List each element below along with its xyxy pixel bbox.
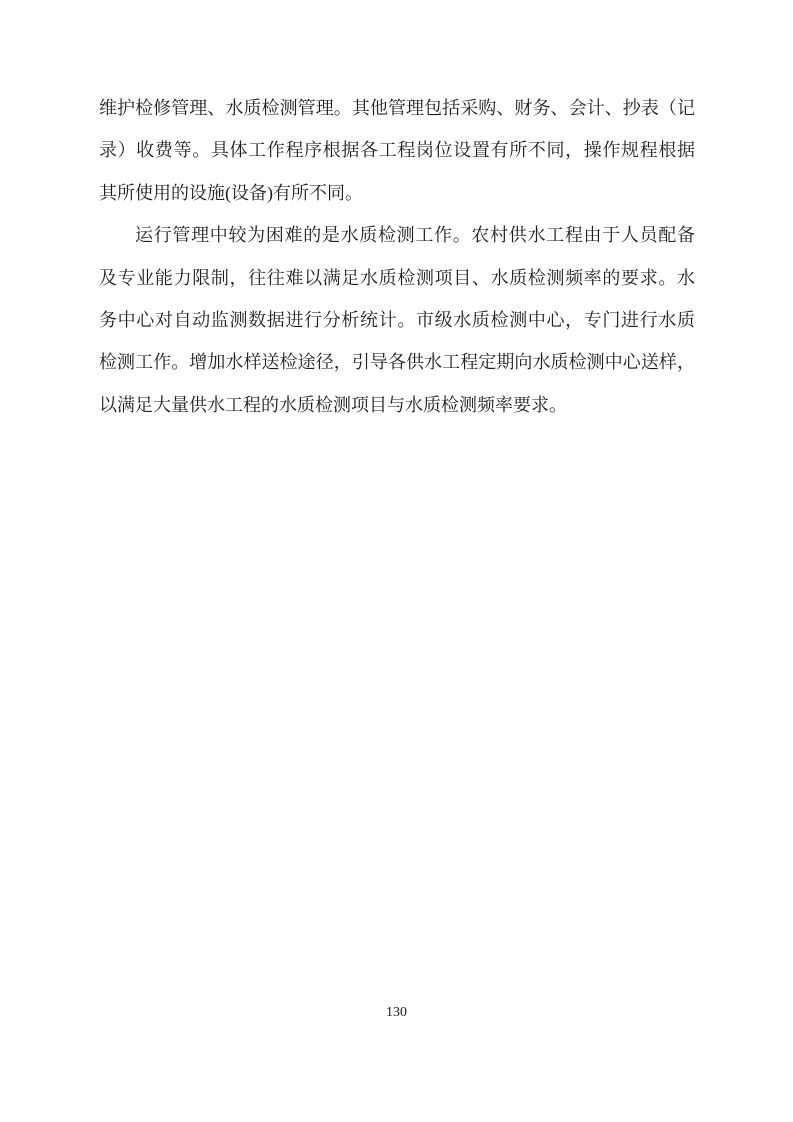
paragraph-1-line-1: 维护检修管理、水质检测管理。其他管理包括采购、财务、会计、抄表（记	[99, 87, 695, 129]
paragraph-2-line-3: 务中心对自动监测数据进行分析统计。市级水质检测中心，专门进行水质	[99, 299, 695, 341]
paragraph-1-line-2: 录）收费等。具体工作程序根据各工程岗位设置有所不同，操作规程根据	[99, 129, 695, 171]
text-block: 维护检修管理、水质检测管理。其他管理包括采购、财务、会计、抄表（记 录）收费等。…	[99, 87, 695, 426]
paragraph-2-line-4: 检测工作。增加水样送检途径，引导各供水工程定期向水质检测中心送样，	[99, 341, 695, 383]
paragraph-2-line-2: 及专业能力限制，往往难以满足水质检测项目、水质检测频率的要求。水	[99, 257, 695, 299]
paragraph-2-line-5: 以满足大量供水工程的水质检测项目与水质检测频率要求。	[99, 384, 695, 426]
paragraph-1-line-3: 其所使用的设施(设备)有所不同。	[99, 172, 695, 214]
paragraph-2-line-1: 运行管理中较为困难的是水质检测工作。农村供水工程由于人员配备	[99, 214, 695, 256]
document-page: 维护检修管理、水质检测管理。其他管理包括采购、财务、会计、抄表（记 录）收费等。…	[0, 0, 793, 1122]
page-number: 130	[0, 1004, 793, 1022]
